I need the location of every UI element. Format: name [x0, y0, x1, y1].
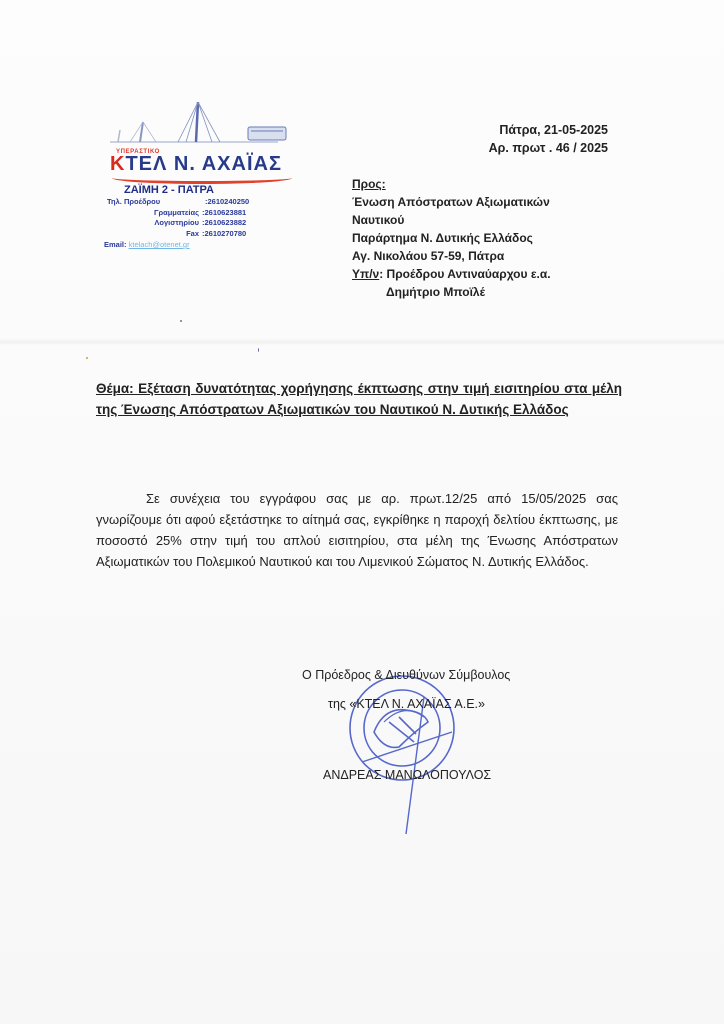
bridge-bus-icon: [108, 100, 298, 150]
contact-row: Λογιστηρίου :2610623882: [104, 218, 284, 229]
paper-fold-line: [0, 338, 724, 346]
subject-line: Θέμα: Εξέταση δυνατότητας χορήγησης έκπτ…: [96, 378, 622, 420]
signatory-title: Ο Πρόεδρος & Διευθύνων Σύμβουλος: [302, 668, 510, 682]
signatory-name: ΑΝΔΡΕΑΣ ΜΑΝΩΛΟΠΟΥΛΟΣ: [323, 768, 491, 782]
recipient-line: Παράρτημα Ν. Δυτικής Ελλάδος: [352, 229, 551, 247]
email-link[interactable]: ktelach@otenet.gr: [129, 240, 190, 249]
contact-row: Γραμματείας :2610623881: [104, 208, 284, 219]
recipient-line: Ένωση Απόστρατων Αξιωματικών: [352, 193, 551, 211]
company-address: ΖΑΪΜΗ 2 - ΠΑΤΡΑ: [124, 184, 214, 196]
scan-speck: [86, 357, 88, 359]
body-paragraph: Σε συνέχεια του εγγράφου σας με αρ. πρωτ…: [96, 488, 618, 572]
contact-row: Fax :2610270780: [104, 229, 284, 240]
date-protocol-block: Πάτρα, 21-05-2025 Αρ. πρωτ . 46 / 2025: [489, 121, 608, 157]
attention-name: Δημήτριο Μποϊλέ: [352, 283, 551, 301]
company-stamp-icon: [344, 662, 464, 842]
recipient-line: Ναυτικού: [352, 211, 551, 229]
recipient-block: Προς: Ένωση Απόστρατων Αξιωματικών Ναυτι…: [352, 175, 551, 301]
company-name: ΚΤΕΛ Ν. ΑΧΑΪΑΣ: [110, 153, 282, 176]
signatory-company: της «ΚΤΕΛ Ν. ΑΧΑΪΑΣ Α.Ε.»: [328, 697, 485, 711]
protocol-number: Αρ. πρωτ . 46 / 2025: [489, 139, 608, 157]
scan-speck: [258, 348, 259, 352]
email-row: Email: ktelach@otenet.gr: [104, 240, 284, 251]
contact-list: Τηλ. Προέδρου :2610240250 Γραμματείας :2…: [104, 197, 284, 251]
scan-speck: [180, 320, 182, 322]
attention-line: Υπ/ν: Προέδρου Αντιναύαρχου ε.α.: [352, 265, 551, 283]
to-label: Προς:: [352, 175, 551, 193]
place-date: Πάτρα, 21-05-2025: [489, 121, 608, 139]
contact-row: Τηλ. Προέδρου :2610240250: [104, 197, 284, 208]
recipient-line: Αγ. Νικολάου 57-59, Πάτρα: [352, 247, 551, 265]
